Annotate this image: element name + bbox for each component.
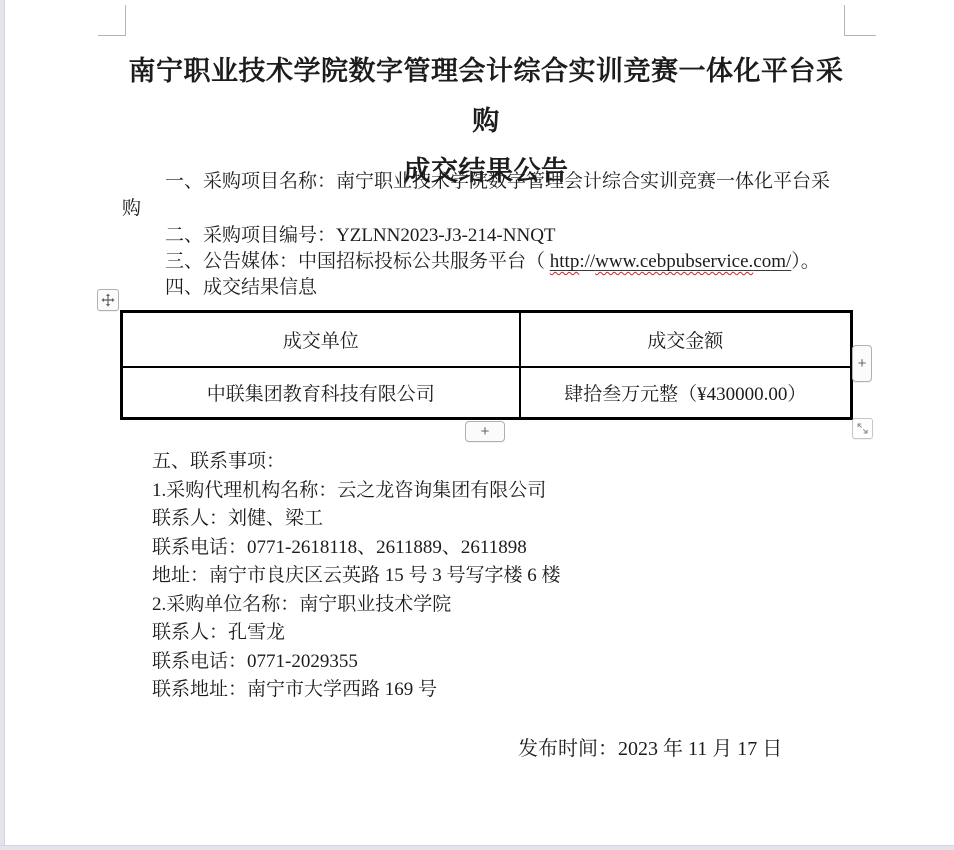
insert-column-button[interactable]: + [852,345,872,382]
header-cell-winning-unit[interactable]: 成交单位 [122,312,520,367]
page-left-edge [0,0,5,850]
paragraph-result-info[interactable]: 四、成交结果信息 [122,274,862,301]
plus-icon: + [858,355,867,372]
page-bottom-edge [0,845,954,850]
announcement-url[interactable]: http://www.cebpubservice.com/ [550,251,792,272]
url-part-tld: com/ [753,251,791,272]
paragraph-contact-heading[interactable]: 五、联系事项： [152,448,561,477]
plus-icon: + [481,423,490,440]
margin-crop-mark-top-right [844,5,876,36]
insert-row-button[interactable]: + [465,421,505,442]
paragraph-project-number[interactable]: 二、采购项目编号：YZLNN2023-J3-214-NNQT [122,222,862,249]
announcement-media-text: 三、公告媒体：中国招标投标公共服务平台（ [165,251,550,272]
cell-winning-amount[interactable]: 肆拾叁万元整（¥430000.00） [520,367,852,419]
document-page[interactable]: { "page": { "background": "#ffffff", "ed… [0,0,954,850]
resize-icon [856,422,869,435]
contact-line[interactable]: 1.采购代理机构名称：云之龙咨询集团有限公司 [152,477,561,506]
contact-line[interactable]: 联系人：刘健、梁工 [152,505,561,534]
paragraph-announcement-media[interactable]: 三、公告媒体：中国招标投标公共服务平台（ http://www.cebpubse… [122,248,862,275]
contact-line[interactable]: 联系地址：南宁市大学西路 169 号 [152,676,561,705]
margin-crop-mark-top-left [98,5,126,36]
table-resize-handle[interactable] [852,418,873,439]
table-row: 中联集团教育科技有限公司 肆拾叁万元整（¥430000.00） [122,367,852,419]
announcement-media-suffix: ）。 [791,251,820,272]
url-part-http: http [550,251,580,272]
contact-line[interactable]: 地址：南宁市良庆区云英路 15 号 3 号写字楼 6 楼 [152,562,561,591]
contact-line[interactable]: 联系人：孔雪龙 [152,619,561,648]
result-table[interactable]: 成交单位 成交金额 中联集团教育科技有限公司 肆拾叁万元整（¥430000.00… [120,310,853,420]
url-part-scheme-sep: :// [579,251,595,272]
paragraph-project-name[interactable]: 一、采购项目名称：南宁职业技术学院数字管理会计综合实训竞赛一体化平台采购 [122,168,837,222]
header-cell-winning-amount[interactable]: 成交金额 [520,312,852,367]
contact-line[interactable]: 联系电话：0771-2029355 [152,648,561,677]
contact-line[interactable]: 2.采购单位名称：南宁职业技术学院 [152,591,561,620]
table-move-handle[interactable] [97,289,119,311]
document-title-line1: 南宁职业技术学院数字管理会计综合实训竞赛一体化平台采购 [122,46,850,146]
url-part-domain: www.cebpubservice. [595,251,753,272]
contact-section[interactable]: 五、联系事项： 1.采购代理机构名称：云之龙咨询集团有限公司 联系人：刘健、梁工… [152,448,561,705]
contact-line[interactable]: 联系电话：0771-2618118、2611889、2611898 [152,534,561,563]
table-header-row: 成交单位 成交金额 [122,312,852,367]
publish-date[interactable]: 发布时间：2023 年 11 月 17 日 [518,736,782,762]
cell-winning-unit[interactable]: 中联集团教育科技有限公司 [122,367,520,419]
move-icon [101,293,115,307]
